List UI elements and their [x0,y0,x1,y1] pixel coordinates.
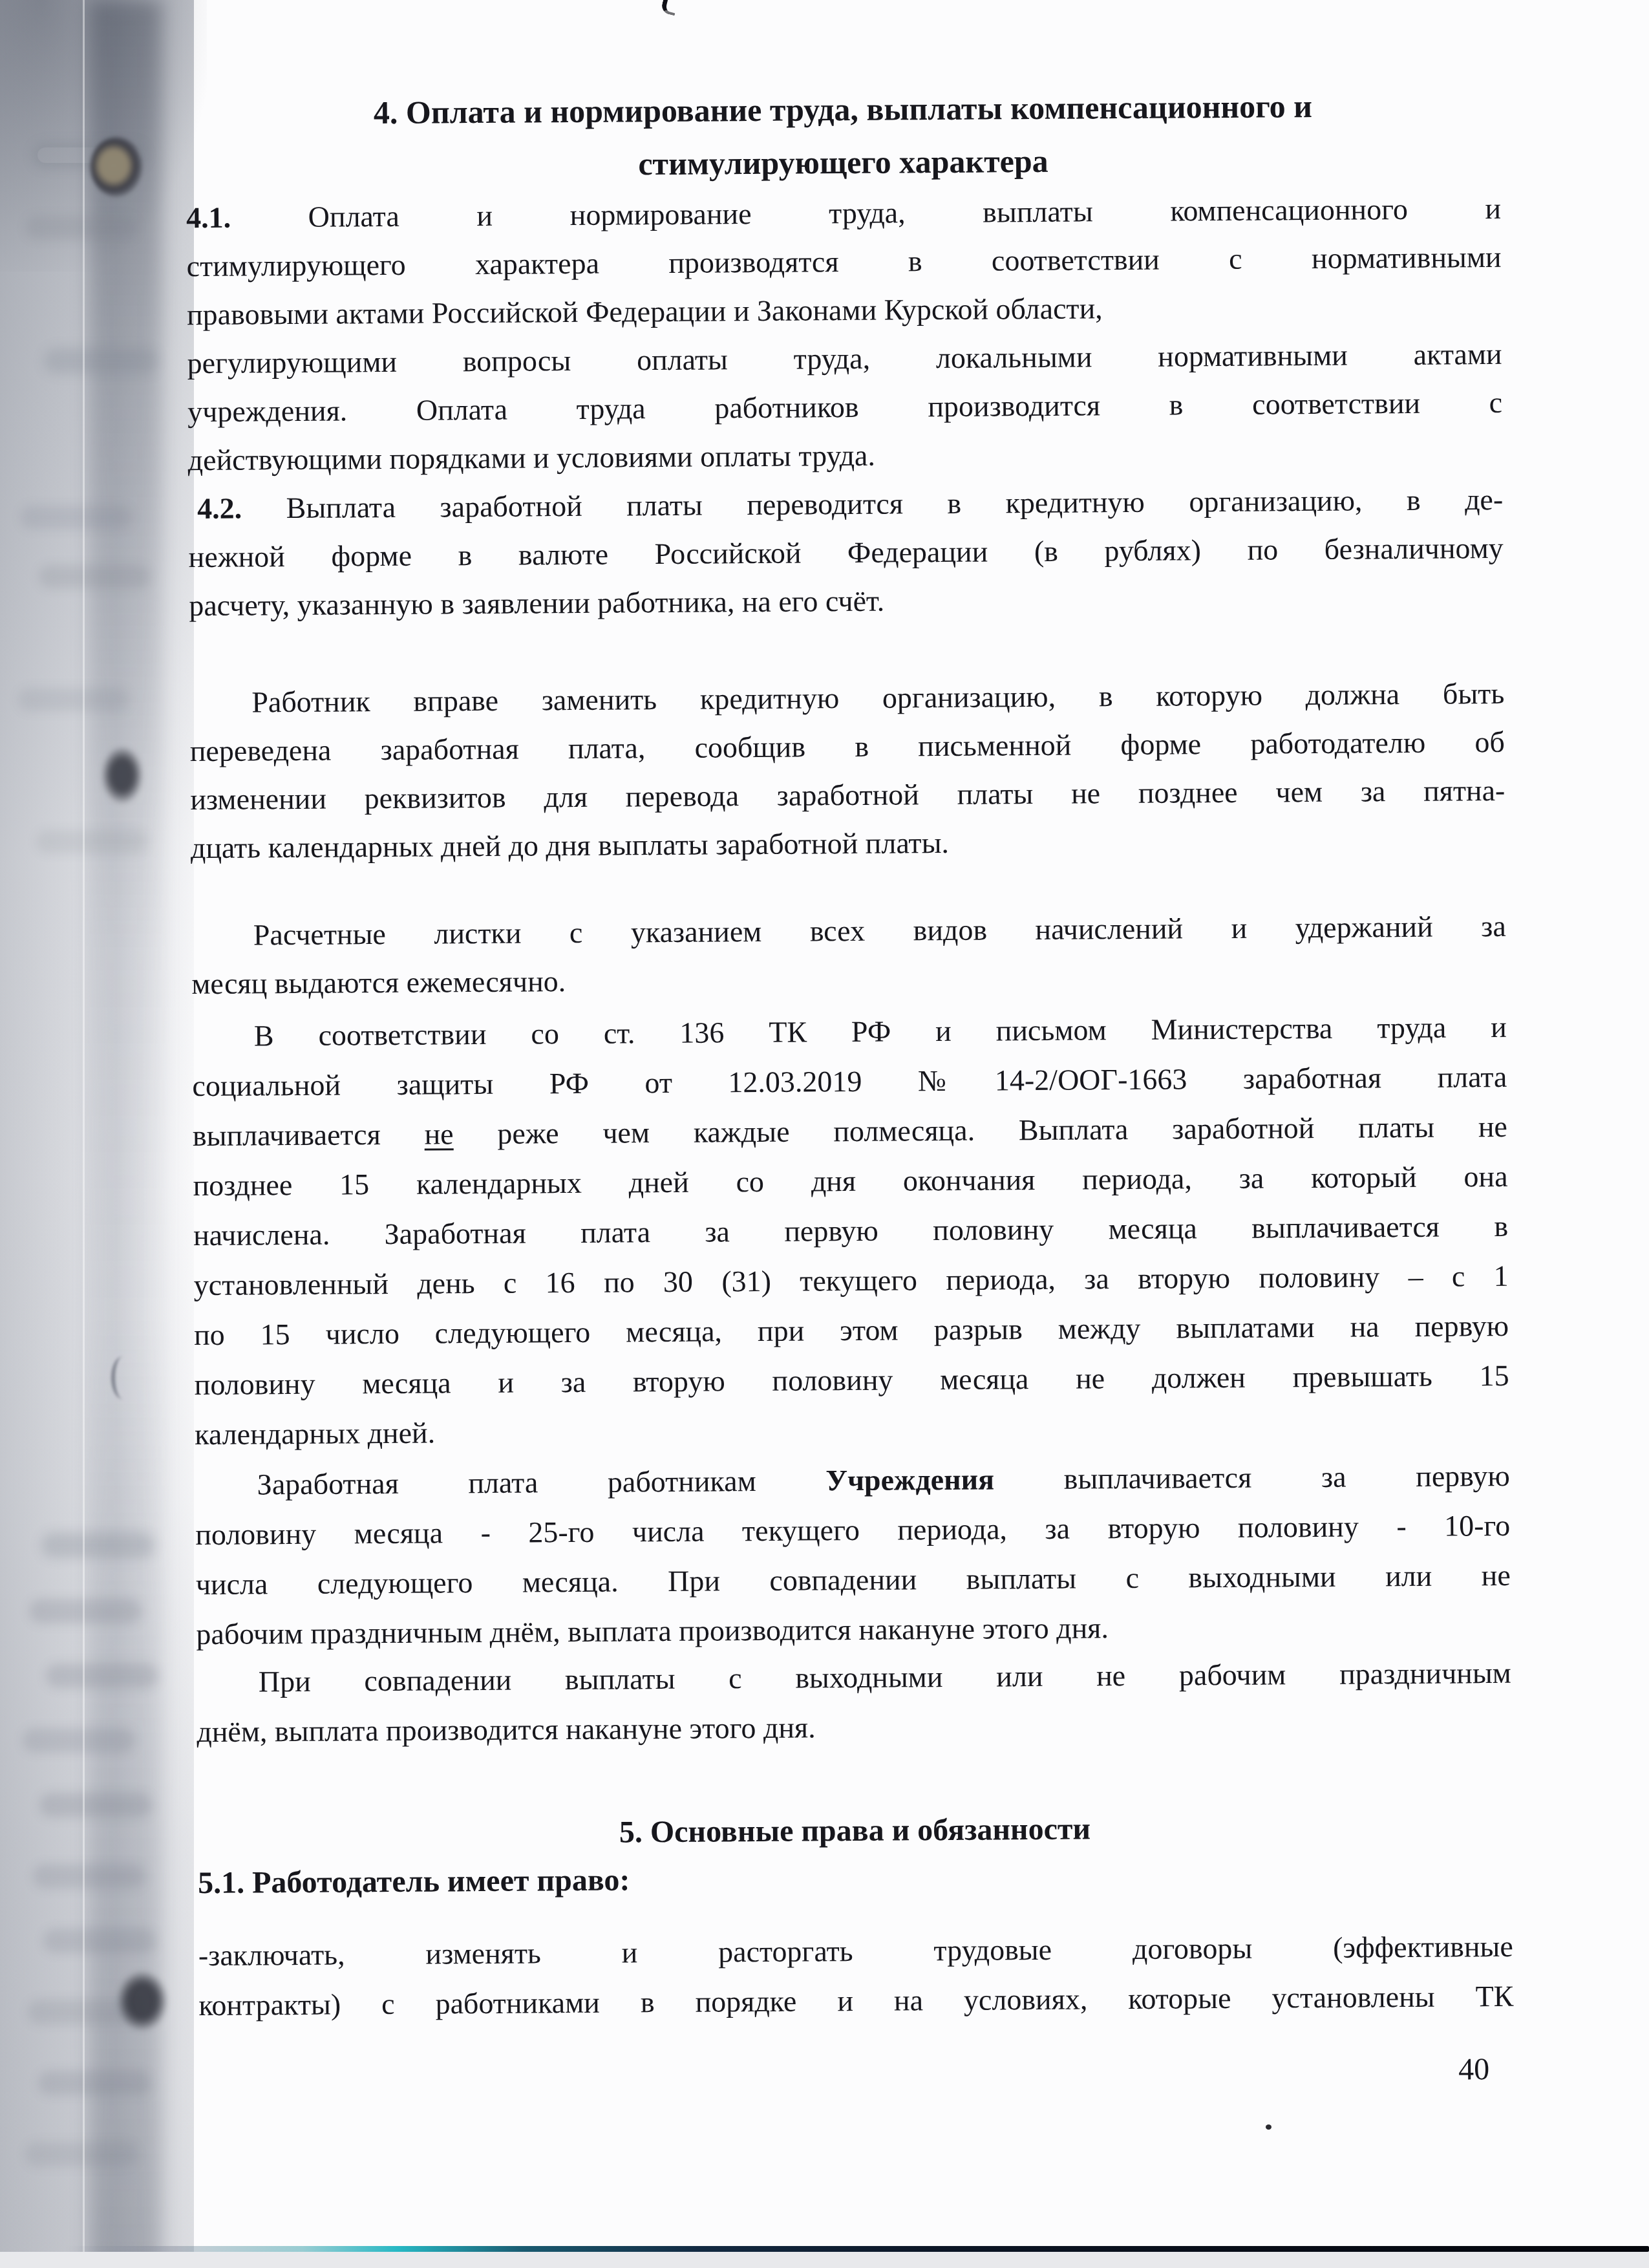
text-line: месяц выдаются ежемесячно. [191,950,1506,1008]
text-segment: Оплата и нормирование труда, выплаты ком… [231,192,1501,234]
text-line: социальной защиты РФ от 12.03.2019 №14-2… [192,1052,1507,1111]
underlined-word: не [424,1117,453,1150]
text-line: изменении реквизитов для перевода зарабо… [190,766,1505,824]
clause-number: 4.2. [197,492,242,525]
text-line: учреждения. Оплата труда работников прои… [187,378,1502,436]
paragraph-payment-dates: Заработная плата работникам Учреждения в… [195,1451,1511,1659]
text-line: 4.2. Выплата заработной платы переводитс… [188,475,1503,533]
binder-hole-top [90,137,142,197]
text-line: половину месяца и за вторую половину мес… [194,1351,1509,1409]
top-left-corner-shade [0,0,207,272]
text-line: стимулирующего характера производятся в … [186,233,1501,290]
heading-line: 4. Оплата и нормирование труда, выплаты … [186,78,1501,140]
text-line: календарных дней. [195,1400,1509,1459]
paragraph-employer-rights: -заключать, изменять и расторгать трудов… [198,1921,1514,2030]
scan-scratch-line [83,0,85,2268]
text-line: по 15 число следующего месяца, при этом … [194,1301,1509,1360]
page-number: 40 [1458,2050,1489,2089]
text-line: дцать календарных дней до дня выплаты за… [191,815,1505,872]
text-line: Расчетные листки с указанием всех видов … [191,902,1506,959]
text-line: контракты) с работниками в порядке и на … [198,1971,1513,2030]
text-line: Заработная плата работникам Учреждения в… [195,1451,1509,1510]
text-line: -заключать, изменять и расторгать трудов… [198,1921,1513,1980]
text-segment: выплачивается за первую [994,1459,1510,1496]
section-4-heading: 4. Оплата и нормирование труда, выплаты … [186,78,1501,193]
heading-line: стимулирующего характера [186,131,1501,193]
text-line: начислена. Заработная плата за первую по… [193,1201,1508,1260]
text-line: переведена заработная плата, сообщив в п… [190,718,1505,775]
text-line: действующими порядками и условиями оплат… [187,427,1502,484]
text-line: Работник вправе заменить кредитную орган… [189,669,1504,727]
document-text-layer: 4. Оплата и нормирование труда, выплаты … [185,0,1515,2268]
section-5-1-subheading: 5.1. Работодатель имеет право: [198,1848,1513,1909]
text-segment: выплачивается [193,1118,425,1153]
text-line: 4.1. Оплата и нормирование труда, выплат… [186,184,1501,242]
text-line: При совпадении выплаты с выходными или н… [197,1648,1511,1707]
text-line: нежной форме в валюте Российской Федерац… [188,524,1503,581]
text-line: правовыми актами Российской Федерации и … [187,281,1502,339]
bleed-through-smudges [37,147,141,163]
text-line: расчету, указанную в заявлении работника… [189,572,1504,630]
left-gutter-shadow [0,0,194,2268]
text-segment: Выплата заработной платы переводится в к… [242,483,1503,525]
paragraph-worker-bank-change: Работник вправе заменить кредитную орган… [189,669,1505,872]
paragraph-payslips: Расчетные листки с указанием всех видов … [191,902,1507,1008]
paragraph-payment-terms: В соответствии со ст. 136 ТК РФ и письмо… [192,1002,1510,1459]
text-line: половину месяца - 25-го числа текущего п… [195,1501,1510,1559]
text-line: числа следующего месяца. При совпадении … [196,1550,1511,1609]
binder-hole-bottom [118,1972,167,2030]
text-line: установленный день с 16 по 30 (31) текущ… [193,1251,1508,1310]
binder-hole-crescent-mark [111,1356,134,1399]
text-line: позднее 15 календарных дней со дня оконч… [193,1151,1507,1210]
clause-number: 4.1. [186,201,231,234]
text-line: регулирующими вопросы оплаты труда, лока… [187,330,1502,387]
text-segment: реже чем каждые полмесяца. Выплата зараб… [453,1110,1507,1150]
paragraph-holiday-coincidence: При совпадении выплаты с выходными или н… [197,1648,1512,1757]
left-gutter-dark-band [89,0,162,2268]
text-segment: Заработная плата работникам [257,1464,826,1501]
bold-word: Учреждения [825,1462,994,1497]
text-line: днём, выплата производится накануне этог… [197,1698,1511,1757]
text-line: В соответствии со ст. 136 ТК РФ и письмо… [192,1002,1507,1061]
paragraph-4-1: 4.1. Оплата и нормирование труда, выплат… [186,184,1503,484]
paragraph-4-2: 4.2. Выплата заработной платы переводитс… [188,475,1504,630]
binder-hole-middle [102,747,142,803]
text-line: выплачивается не реже чем каждые полмеся… [193,1102,1507,1161]
scanned-document-page: { "section4": { "title_line1": "4. Оплат… [0,0,1649,2268]
